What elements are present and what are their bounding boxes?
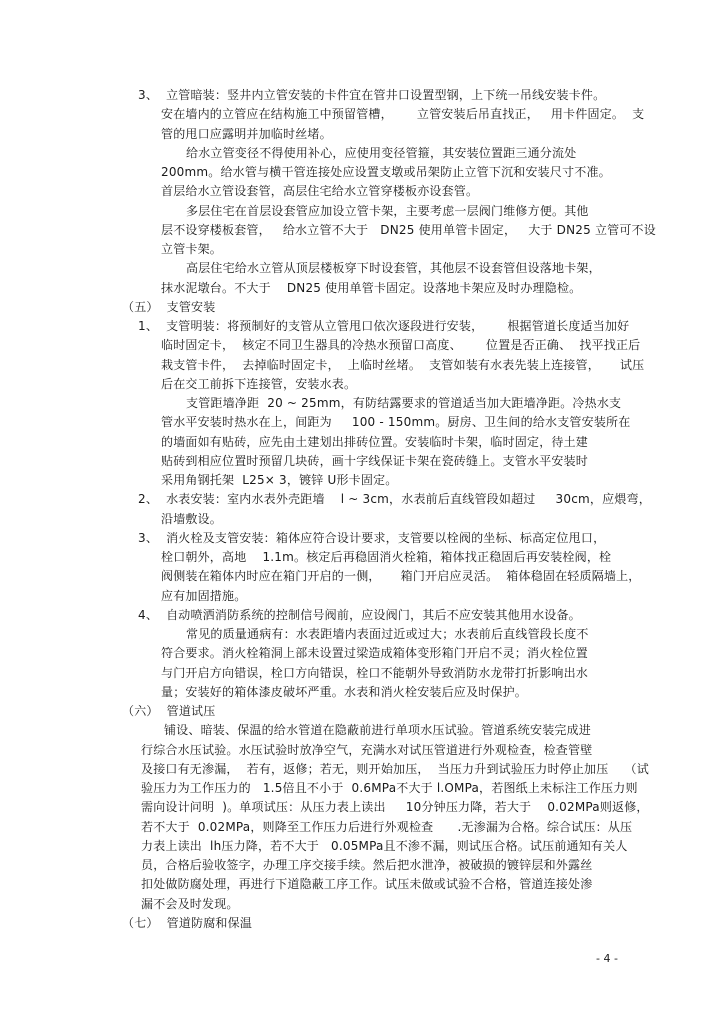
text-line: 栓口朝外，高地 1.1m。核定后再稳固消火栓箱，箱体找正稳固后再安装栓阀，栓 xyxy=(161,549,611,565)
text-line: 阀侧装在箱体内时应在箱门开启的一侧， 箱门开启应灵活。 箱体稳固在轻质隔墙上， xyxy=(161,568,641,584)
text-line: 安在墙内的立管应在结构施工中预留管槽， 立管安装后吊直找正， 用卡件固定。 支 xyxy=(161,106,644,122)
text-line: 符合要求。消火栓箱洞上部未设置过梁造成箱体变形箱门开启不灵；消火栓位置 xyxy=(161,645,588,661)
text-line: （五） 支管安装 xyxy=(122,299,215,315)
text-line: 行综合水压试验。水压试验时放净空气，充满水对试压管道进行外观检查，检查管壁 xyxy=(141,742,592,758)
text-line: 及接口有无渗漏， 若有，返修；若无，则开始加压， 当压力升到试验压力时停止加压 … xyxy=(141,761,649,777)
text-line: 1、 支管明装：将预制好的支管从立管甩口依次逐段进行安装， 根据管道长度适当加好 xyxy=(138,318,629,334)
text-line: 后在交工前拆下连接管，安装水表。 xyxy=(161,376,356,392)
text-line: 多层住宅在首层设套管应加设立管卡架，主要考虑一层阀门维修方便。其他 xyxy=(186,203,589,219)
text-line: 需向设计问明 )。单项试压：从压力表上读出 10分钟压力降，若大于 0.02MP… xyxy=(141,799,649,815)
text-line: （七） 管道防腐和保温 xyxy=(122,915,252,931)
text-line: 应有加固措施。 xyxy=(161,588,246,604)
text-line: 员，合格后验收签字，办理工序交接手续。然后把水泄净，被破损的镀锌层和外露丝 xyxy=(141,857,592,873)
text-line: 采用角钢托架 L25× 3，镀锌 U形卡固定。 xyxy=(161,472,398,488)
text-line: 3、 消火栓及支管安装：箱体应符合设计要求，支管要以栓阀的坐标、标高定位甩口， xyxy=(138,530,605,546)
text-line: 临时固定卡， 核定不同卫生器具的冷热水预留口高度、 位置是否正确、 找平找正后 xyxy=(161,337,640,353)
text-line: 量；安装好的箱体漆皮破坏严重。水表和消火栓安装后应及时保护。 xyxy=(161,684,527,700)
text-line: 支管距墙净距 20 ~ 25mm，有防结露要求的管道适当加大距墙净距。冷热水支 xyxy=(186,395,621,411)
text-line: 栽支管卡件， 去掉临时固定卡， 上临时丝堵。 支管如装有水表先装上连接管， 试压 xyxy=(161,357,644,373)
text-line: 层不设穿楼板套管， 给水立管不大于 DN25 使用单管卡固定， 大于 DN25 … xyxy=(161,222,656,238)
text-line: 首层给水立管设套管，高层住宅给水立管穿楼板亦设套管。 xyxy=(161,183,478,199)
text-line: 扣处做防腐处理，再进行下道隐蔽工序工作。试压未做或试验不合格，管道连接处渗 xyxy=(141,876,592,892)
text-line: 漏不会及时发现。 xyxy=(141,896,239,912)
text-line: 2、 水表安装：室内水表外壳距墙 l ~ 3cm，水表前后直线管段如超过 30c… xyxy=(138,491,651,507)
text-line: 给水立管变径不得使用补心，应使用变径管箍，其安装位置距三通分流处 xyxy=(186,145,576,161)
text-line: 3、 立管暗装：竖井内立管安装的卡件宜在管井口设置型钢，上下统一吊线安装卡件。 xyxy=(138,87,605,103)
text-line: 沿墙敷设。 xyxy=(161,511,222,527)
text-line: （六） 管道试压 xyxy=(122,703,215,719)
text-line: 管的甩口应露明并加临时丝堵。 xyxy=(161,126,332,142)
text-line: 常见的质量通病有：水表距墙内表面过近或过大；水表前后直线管段长度不 xyxy=(186,626,589,642)
text-line: 验压力为工作压力的 1.5倍且不小于 0.6MPa不大于 l.OMPa，若图纸上… xyxy=(141,780,638,796)
text-line: 200mm。给水管与横干管连接处应设置支墩或吊架防止立管下沉和安装尺寸不准。 xyxy=(161,164,611,180)
text-line: 管水平安装时热水在上，间距为 100 - 150mm。厨房、卫生间的给水支管安装… xyxy=(161,414,630,430)
text-line: 铺设、暗装、保温的给水管道在隐蔽前进行单项水压试验。管道系统安装完成进 xyxy=(164,722,591,738)
text-line: 高层住宅给水立管从顶层楼板穿下时设套管，其他层不设套管但设落地卡架， xyxy=(186,260,601,276)
text-line: 的墙面如有贴砖，应先由土建划出排砖位置。安装临时卡架，临时固定，待土建 xyxy=(161,434,588,450)
text-line: 与门开启方向错误，栓口方向错误，栓口不能朝外导致消防水龙带打折影响出水 xyxy=(161,665,588,681)
text-line: 若不大于 0.02MPa，则降至工作压力后进行外观检查 .无渗漏为合格。综合试压… xyxy=(141,819,632,835)
text-line: 立管卡架。 xyxy=(161,241,222,257)
page-number: - 4 - xyxy=(596,952,618,965)
text-line: 力表上读出 lh压力降，若不大于 0.05MPa且不渗不漏，则试压合格。试压前通… xyxy=(141,838,628,854)
text-line: 4、 自动喷洒消防系统的控制信号阀前，应设阀门，其后不应安装其他用水设备。 xyxy=(138,607,581,623)
text-line: 贴砖到相应位置时预留几块砖，画十字线保证卡架在瓷砖缝上。支管水平安装时 xyxy=(161,453,588,469)
text-line: 抹水泥墩台。不大于 DN25 使用单管卡固定。设落地卡架应及时办理隐检。 xyxy=(161,280,581,296)
